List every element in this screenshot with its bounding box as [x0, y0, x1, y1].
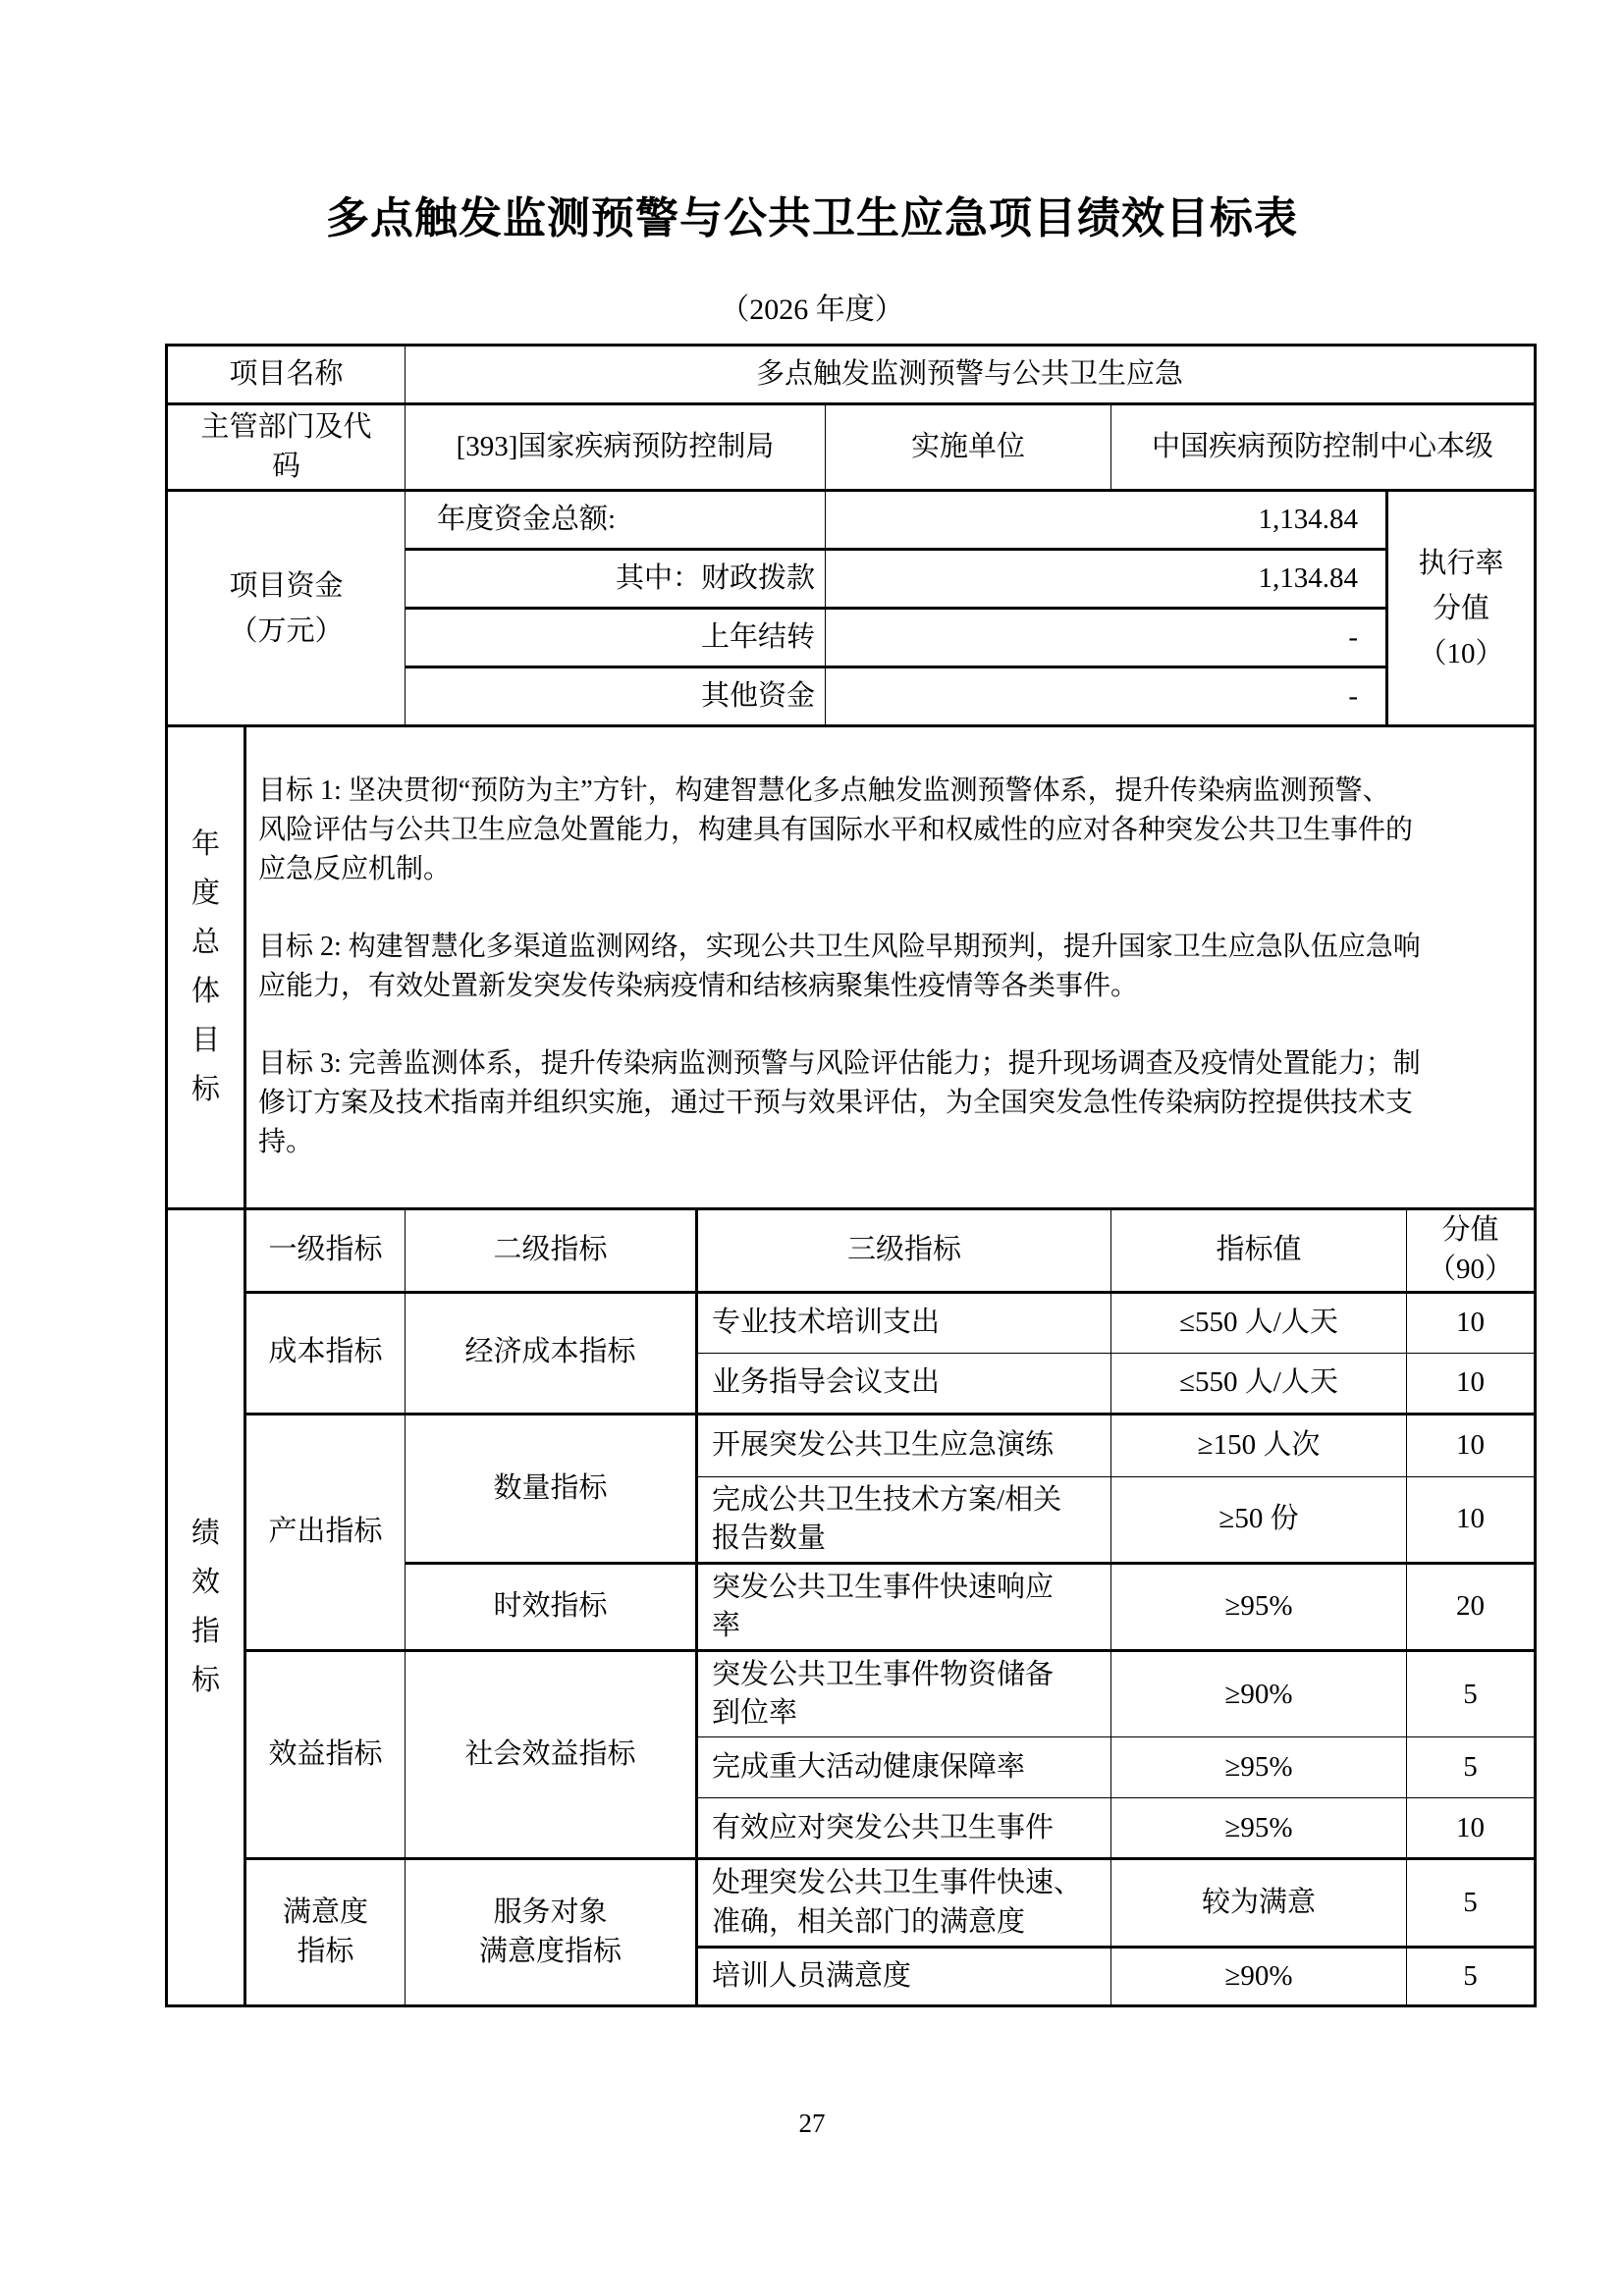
- header-level1: 一级指标: [245, 1208, 406, 1292]
- funding-row-label: 年度资金总额:: [406, 491, 826, 550]
- level3-cell: 开展突发公共卫生应急演练: [697, 1414, 1111, 1476]
- indicator-value-cell: ≥95%: [1111, 1563, 1407, 1650]
- indicator-value-cell: ≤550 人/人天: [1111, 1353, 1407, 1414]
- indicators-spine-label: 绩 效 指 标: [167, 1208, 245, 2005]
- implementing-unit-value: 中国疾病预防控制中心本级: [1111, 404, 1536, 491]
- indicator-value-cell: ≤550 人/人天: [1111, 1292, 1407, 1353]
- indicator-value-cell: ≥50 份: [1111, 1476, 1407, 1563]
- level1-cell: 产出指标: [245, 1414, 406, 1651]
- score-cell: 20: [1407, 1563, 1536, 1650]
- funding-row-label: 上年结转: [406, 609, 826, 667]
- funding-row-value: 1,134.84: [826, 491, 1387, 550]
- score-cell: 5: [1407, 1859, 1536, 1947]
- level1-cell: 效益指标: [245, 1651, 406, 1859]
- header-level2: 二级指标: [406, 1208, 697, 1292]
- header-level3: 三级指标: [697, 1208, 1111, 1292]
- header-indicator-value: 指标值: [1111, 1208, 1407, 1292]
- indicator-value-cell: 较为满意: [1111, 1859, 1407, 1947]
- level3-cell: 完成公共卫生技术方案/相关 报告数量: [697, 1476, 1111, 1563]
- level3-cell: 完成重大活动健康保障率: [697, 1737, 1111, 1798]
- level2-cell: 数量指标: [406, 1414, 697, 1563]
- level1-cell: 满意度 指标: [245, 1859, 406, 2005]
- project-name-label: 项目名称: [167, 346, 406, 404]
- level3-cell: 培训人员满意度: [697, 1947, 1111, 2005]
- annual-goal-spine-label: 年 度 总 体 目 标: [167, 726, 245, 1209]
- funding-row-label: 其他资金: [406, 667, 826, 726]
- score-cell: 10: [1407, 1292, 1536, 1353]
- level2-cell: 社会效益指标: [406, 1651, 697, 1859]
- level2-cell: 服务对象 满意度指标: [406, 1859, 697, 2005]
- implementing-unit-label: 实施单位: [826, 404, 1111, 491]
- dept-code-label: 主管部门及代 码: [167, 404, 406, 491]
- funding-label: 项目资金 （万元）: [167, 491, 406, 726]
- level3-cell: 业务指导会议支出: [697, 1353, 1111, 1414]
- level1-cell: 成本指标: [245, 1292, 406, 1414]
- score-cell: 10: [1407, 1476, 1536, 1563]
- page-number: 27: [0, 2109, 1624, 2139]
- annual-goal-3: 目标 3: 完善监测体系，提升传染病监测预警与风险评估能力；提升现场调查及疫情处…: [258, 1044, 1522, 1162]
- performance-target-table-wrapper: 项目名称 多点触发监测预警与公共卫生应急 主管部门及代 码 [393]国家疾病预…: [165, 344, 1624, 2007]
- indicator-value-cell: ≥150 人次: [1111, 1414, 1407, 1476]
- level3-cell: 处理突发公共卫生事件快速、 准确，相关部门的满意度: [697, 1859, 1111, 1947]
- score-cell: 10: [1407, 1414, 1536, 1476]
- page-subtitle: （2026 年度）: [0, 285, 1624, 328]
- annual-goal-2: 目标 2: 构建智慧化多渠道监测网络，实现公共卫生风险早期预判，提升国家卫生应急…: [258, 928, 1522, 1006]
- annual-goal-1: 目标 1: 坚决贯彻“预防为主”方针，构建智慧化多点触发监测预警体系，提升传染病…: [258, 772, 1522, 889]
- performance-target-table: 项目名称 多点触发监测预警与公共卫生应急 主管部门及代 码 [393]国家疾病预…: [165, 344, 1537, 2007]
- page-title: 多点触发监测预警与公共卫生应急项目绩效目标表: [0, 0, 1624, 245]
- annual-goal-text: 目标 1: 坚决贯彻“预防为主”方针，构建智慧化多点触发监测预警体系，提升传染病…: [245, 726, 1536, 1209]
- level3-cell: 突发公共卫生事件快速响应 率: [697, 1563, 1111, 1650]
- funding-row-label: 其中：财政拨款: [406, 550, 826, 609]
- score-cell: 5: [1407, 1947, 1536, 2005]
- level3-cell: 突发公共卫生事件物资储备 到位率: [697, 1651, 1111, 1737]
- dept-code-value: [393]国家疾病预防控制局: [406, 404, 826, 491]
- execution-rate-score-label: 执行率 分值 （10）: [1387, 491, 1536, 726]
- project-name-value: 多点触发监测预警与公共卫生应急: [406, 346, 1536, 404]
- funding-row-value: 1,134.84: [826, 550, 1387, 609]
- indicator-value-cell: ≥90%: [1111, 1947, 1407, 2005]
- indicator-value-cell: ≥95%: [1111, 1798, 1407, 1859]
- funding-row-value: -: [826, 609, 1387, 667]
- level2-cell: 经济成本指标: [406, 1292, 697, 1414]
- score-cell: 10: [1407, 1798, 1536, 1859]
- score-cell: 10: [1407, 1353, 1536, 1414]
- score-cell: 5: [1407, 1737, 1536, 1798]
- header-score: 分值 （90）: [1407, 1208, 1536, 1292]
- funding-row-value: -: [826, 667, 1387, 726]
- indicator-value-cell: ≥90%: [1111, 1651, 1407, 1737]
- indicator-value-cell: ≥95%: [1111, 1737, 1407, 1798]
- level3-cell: 专业技术培训支出: [697, 1292, 1111, 1353]
- level2-cell: 时效指标: [406, 1563, 697, 1650]
- score-cell: 5: [1407, 1651, 1536, 1737]
- level3-cell: 有效应对突发公共卫生事件: [697, 1798, 1111, 1859]
